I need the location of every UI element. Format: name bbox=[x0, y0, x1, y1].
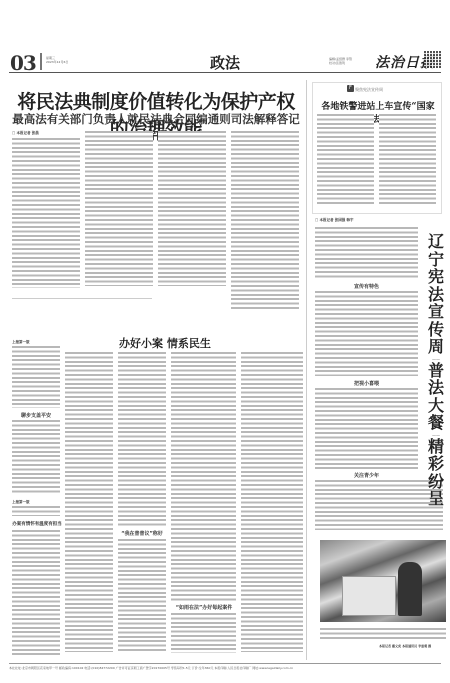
left-subhead-1: 聊步支盖平安 bbox=[12, 412, 60, 419]
vertical-title-part-2: 普法大餐 bbox=[428, 361, 444, 433]
middle-subhead-2: “如雨在法”办好每起案件 bbox=[169, 604, 239, 611]
left-subhead-2: 办案有情怀有温度有担当 bbox=[12, 521, 62, 527]
photo-credit: 本报记者 戴文虎 本报通讯员 李雷观 摄 bbox=[379, 644, 431, 648]
continued-kicker-2: 上接第一版 bbox=[12, 500, 30, 505]
column-tag: 聚焦宪法宣传周 bbox=[355, 87, 383, 93]
middle-text-col-2b bbox=[118, 539, 166, 652]
masthead: 03 星期三 2023年12月6日 政法 编辑/孟绍群 李骜 校对/张胜利 法治… bbox=[9, 50, 441, 73]
middle-headline: 办好小案 情系民生 bbox=[119, 335, 211, 351]
continued-kicker-1: 上接第一版 bbox=[12, 340, 30, 345]
lead-byline: □ 本报记者 张晨 bbox=[12, 131, 39, 136]
middle-text-col-1 bbox=[65, 352, 113, 652]
qr-code-icon bbox=[424, 51, 441, 68]
left-text-3 bbox=[12, 506, 60, 516]
middle-text-col-3 bbox=[171, 352, 236, 602]
column-tag-icon: F bbox=[347, 85, 354, 92]
right-feature-text-4 bbox=[315, 480, 443, 530]
right-subhead-2: 把视小喜喂 bbox=[315, 380, 418, 387]
photo-display-board bbox=[342, 576, 396, 616]
feature-photo bbox=[320, 540, 446, 622]
right-feature-byline: □ 本报记者 张国强 韩宇 bbox=[315, 218, 353, 223]
newspaper-page: 03 星期三 2023年12月6日 政法 编辑/孟绍群 李骜 校对/张胜利 法治… bbox=[9, 0, 441, 683]
lead-text-col-1 bbox=[12, 138, 80, 288]
middle-text-col-2 bbox=[118, 352, 166, 527]
left-text-4 bbox=[12, 530, 60, 655]
photo-police-officer bbox=[398, 562, 422, 616]
middle-subhead-1: “我在普普议”称好 bbox=[114, 530, 170, 537]
editors-credit: 编辑/孟绍群 李骜 校对/张胜利 bbox=[329, 57, 352, 65]
vertical-title-part-1: 辽宁宪法宣传周 bbox=[428, 232, 444, 356]
vertical-feature-title: 辽宁宪法宣传周 —— 普法大餐 —— 精彩纷呈 bbox=[426, 233, 446, 508]
divider bbox=[12, 298, 152, 299]
right-top-text-2 bbox=[379, 114, 436, 206]
lead-text-col-4 bbox=[231, 131, 299, 311]
middle-text-col-4 bbox=[241, 352, 303, 652]
right-subhead-1: 宣传有特色 bbox=[315, 283, 418, 290]
left-text-2 bbox=[12, 420, 60, 495]
right-subhead-3: 关注青少年 bbox=[315, 472, 418, 479]
photo-caption bbox=[320, 628, 446, 640]
right-feature-text-2 bbox=[315, 291, 418, 376]
middle-text-col-3b bbox=[171, 613, 236, 653]
lead-text-col-2 bbox=[85, 131, 153, 286]
right-feature-text-1 bbox=[315, 227, 418, 279]
right-top-text-1 bbox=[317, 114, 374, 206]
vertical-title-part-3: 精彩纷呈 bbox=[428, 437, 444, 509]
left-text-1 bbox=[12, 346, 60, 408]
right-feature-text-3 bbox=[315, 388, 418, 470]
proofreader-line: 校对/张胜利 bbox=[329, 61, 352, 65]
page-footer: 本社社址:北京市朝阳区花家地甲一号 邮政编码:100102 电话:(010)84… bbox=[9, 663, 441, 670]
lead-text-col-3 bbox=[158, 131, 226, 286]
column-rule bbox=[306, 80, 307, 660]
